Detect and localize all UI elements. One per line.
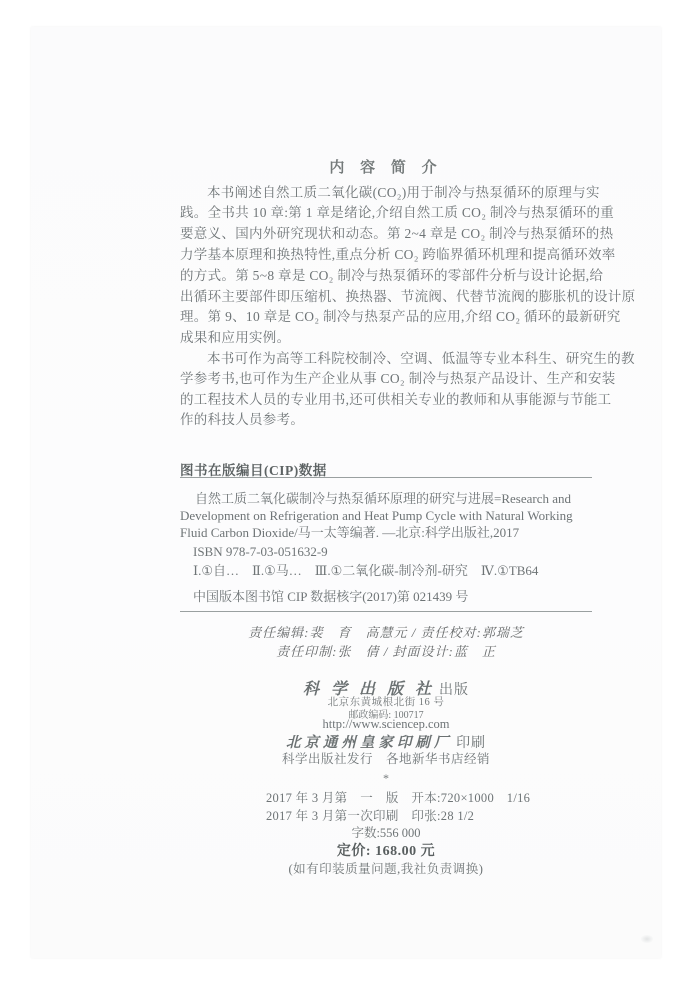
- distribution-line: 科学出版社发行 各地新华书店经销: [180, 749, 592, 767]
- scan-smudge: [641, 935, 653, 943]
- edition-line: 2017 年 3 月第 一 版 开本:720×1000 1/16: [180, 788, 678, 806]
- quality-note: (如有印装质量问题,我社负责调换): [180, 859, 592, 877]
- paragraph-line: 出循环主要部件即压缩机、换热器、节流阀、代替节流阀的膨胀机的设计原: [180, 287, 592, 308]
- asterisk-separator: *: [180, 771, 592, 786]
- price-line: 定价: 168.00 元: [180, 840, 592, 860]
- paragraph-line: 要意义、国内外研究现状和动态。第 2~4 章是 CO₂ 制冷与热泵循环的热: [180, 224, 592, 245]
- staff-editors-line: 责任编辑:裴 育 高慧元 / 责任校对:郭瑞芝: [180, 622, 592, 641]
- wordcount-line: 字数:556 000: [180, 823, 592, 841]
- publisher-website: http://www.sciencep.com: [180, 717, 592, 732]
- paragraph-line: 的工程技术人员的专业用书,还可供相关专业的教师和从事能源与节能工: [180, 390, 592, 411]
- paragraph-line: 的方式。第 5~8 章是 CO₂ 制冷与热泵循环的零部件分析与设计论据,给: [180, 266, 592, 287]
- book-copyright-page: 内 容 简 介 本书阐述自然工质二氧化碳(CO₂)用于制冷与热泵循环的原理与实 …: [31, 27, 661, 958]
- paragraph-line: 力学基本原理和换热特性,重点分析 CO₂ 跨临界循环机理和提高循环效率: [180, 245, 592, 266]
- cip-record-number: 中国版本图书馆 CIP 数据核字(2017)第 021439 号: [180, 588, 605, 605]
- paragraph-line: 学参考书,也可作为生产企业从事 CO₂ 制冷与热泵产品设计、生产和安装: [180, 369, 592, 390]
- cip-classification: Ⅰ.①自… Ⅱ.①马… Ⅲ.①二氧化碳-制冷剂-研究 Ⅳ.①TB64: [180, 562, 605, 579]
- paragraph-line: 践。全书共 10 章:第 1 章是绪论,介绍自然工质 CO₂ 制冷与热泵循环的重: [180, 203, 592, 224]
- impression-line: 2017 年 3 月第一次印刷 印张:28 1/2: [180, 806, 678, 824]
- paragraph-line: 本书阐述自然工质二氧化碳(CO₂)用于制冷与热泵循环的原理与实: [180, 183, 619, 204]
- paragraph-line: 作的科技人员参考。: [180, 410, 592, 431]
- cip-entry-line: 自然工质二氧化碳制冷与热泵循环原理的研究与进展=Research and: [180, 490, 607, 507]
- cip-section-header: 图书在版编目(CIP)数据: [180, 459, 592, 479]
- paragraph-line: 理。第 9、10 章是 CO₂ 制冷与热泵产品的应用,介绍 CO₂ 循环的最新研…: [180, 307, 592, 328]
- paragraph-line: 本书可作为高等工科院校制冷、空调、低温等专业本科生、研究生的教: [180, 349, 619, 370]
- divider-rule-top: [180, 477, 592, 478]
- paragraph-line: 成果和应用实例。: [180, 328, 592, 349]
- staff-printing-line: 责任印制:张 倩 / 封面设计:蓝 正: [180, 641, 592, 660]
- isbn-line: ISBN 978-7-03-051632-9: [180, 543, 605, 560]
- divider-rule-bottom: [180, 611, 592, 612]
- cip-entry-line: Development on Refrigeration and Heat Pu…: [180, 507, 592, 524]
- cip-entry-line: Fluid Carbon Dioxide/马一太等编著. —北京:科学出版社,2…: [180, 524, 592, 541]
- page-title: 内 容 简 介: [180, 156, 592, 177]
